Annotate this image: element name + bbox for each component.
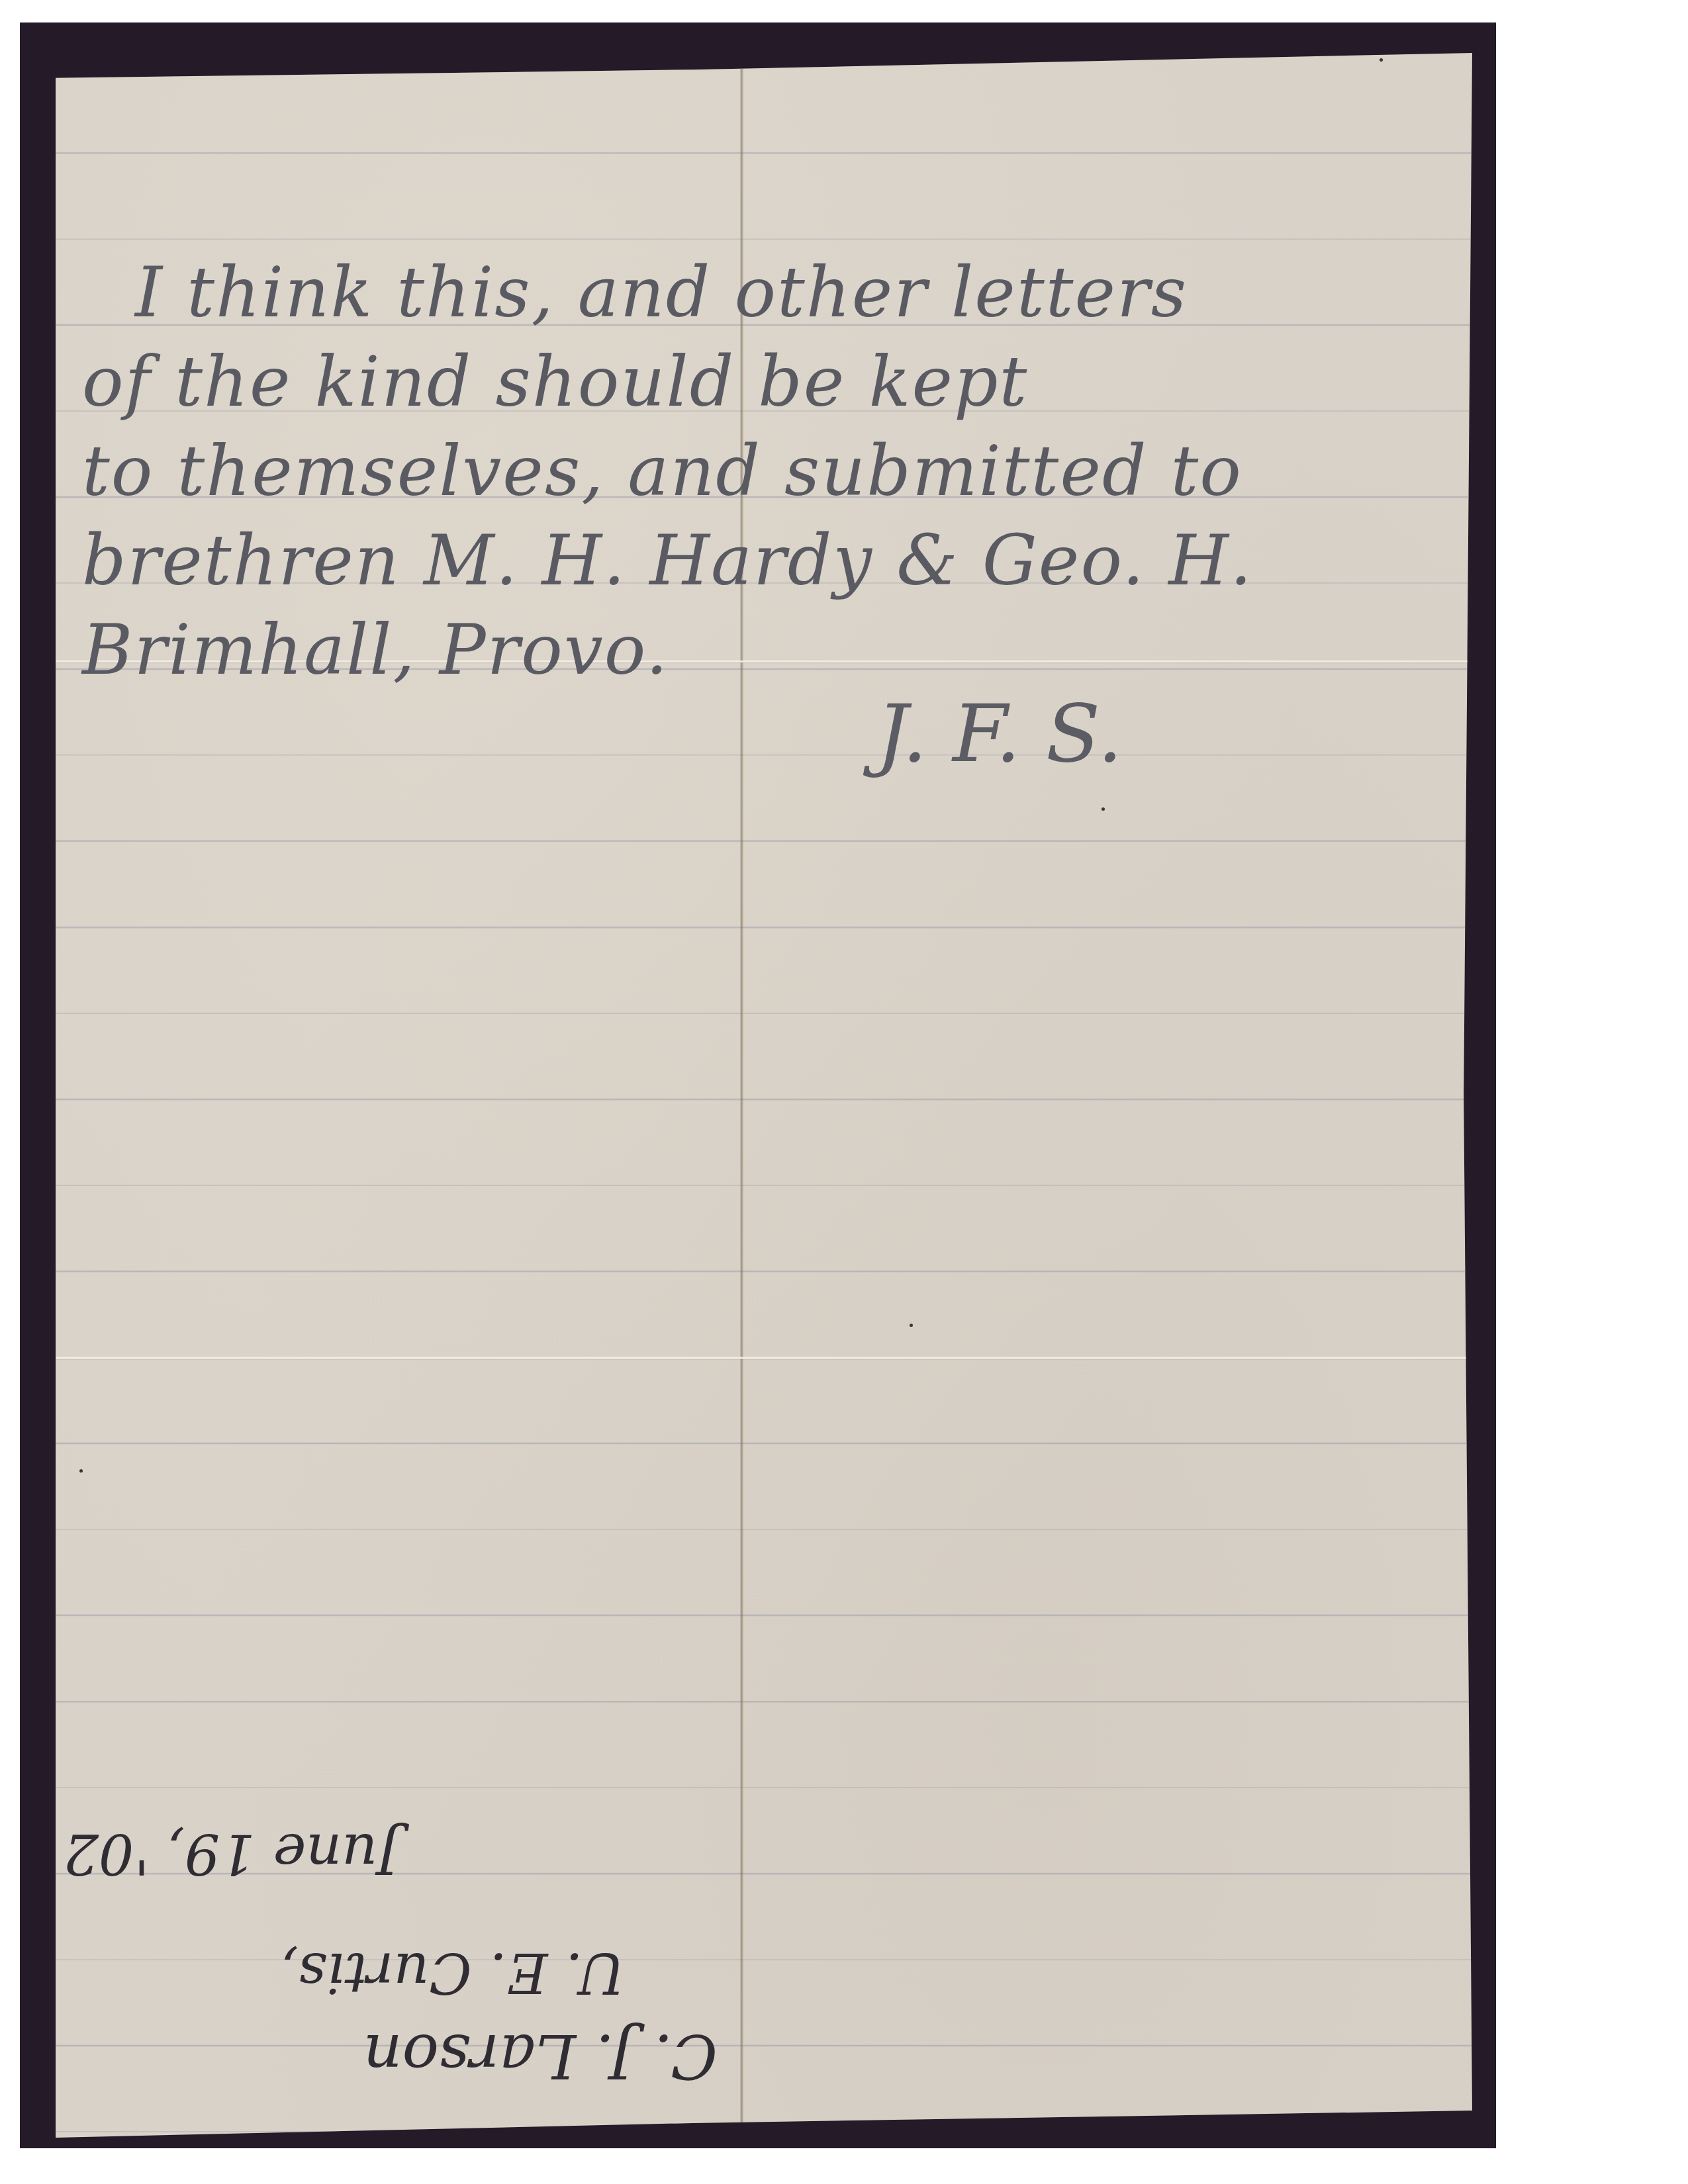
pencil-note: I think this, and other letters of the k…: [82, 258, 1439, 721]
paper-speck: [79, 1469, 83, 1473]
paper-speck: [910, 1324, 913, 1327]
note-line: brethren M. H. Hardy & Geo. H.: [82, 526, 1253, 595]
paper-speck: [1102, 807, 1105, 811]
horizontal-fold-crease: [56, 1357, 1472, 1359]
docket-notation: C. J. Larson U. E. Curtis, June 19, '02: [82, 1800, 744, 2105]
letter-paper: I think this, and other letters of the k…: [56, 53, 1472, 2138]
note-line: to themselves, and submitted to: [82, 437, 1243, 506]
docket-author: C. J. Larson: [363, 2021, 718, 2091]
note-line: of the kind should be kept: [82, 347, 1028, 416]
signature-initials: J. F. S.: [876, 688, 1123, 780]
note-line: Brimhall, Provo.: [82, 615, 669, 684]
docket-date: June 19, '02: [63, 1821, 400, 1886]
note-line: I think this, and other letters: [135, 258, 1188, 327]
docket-recipient: U. E. Curtis,: [281, 1940, 625, 2005]
paper-speck: [1380, 58, 1383, 62]
